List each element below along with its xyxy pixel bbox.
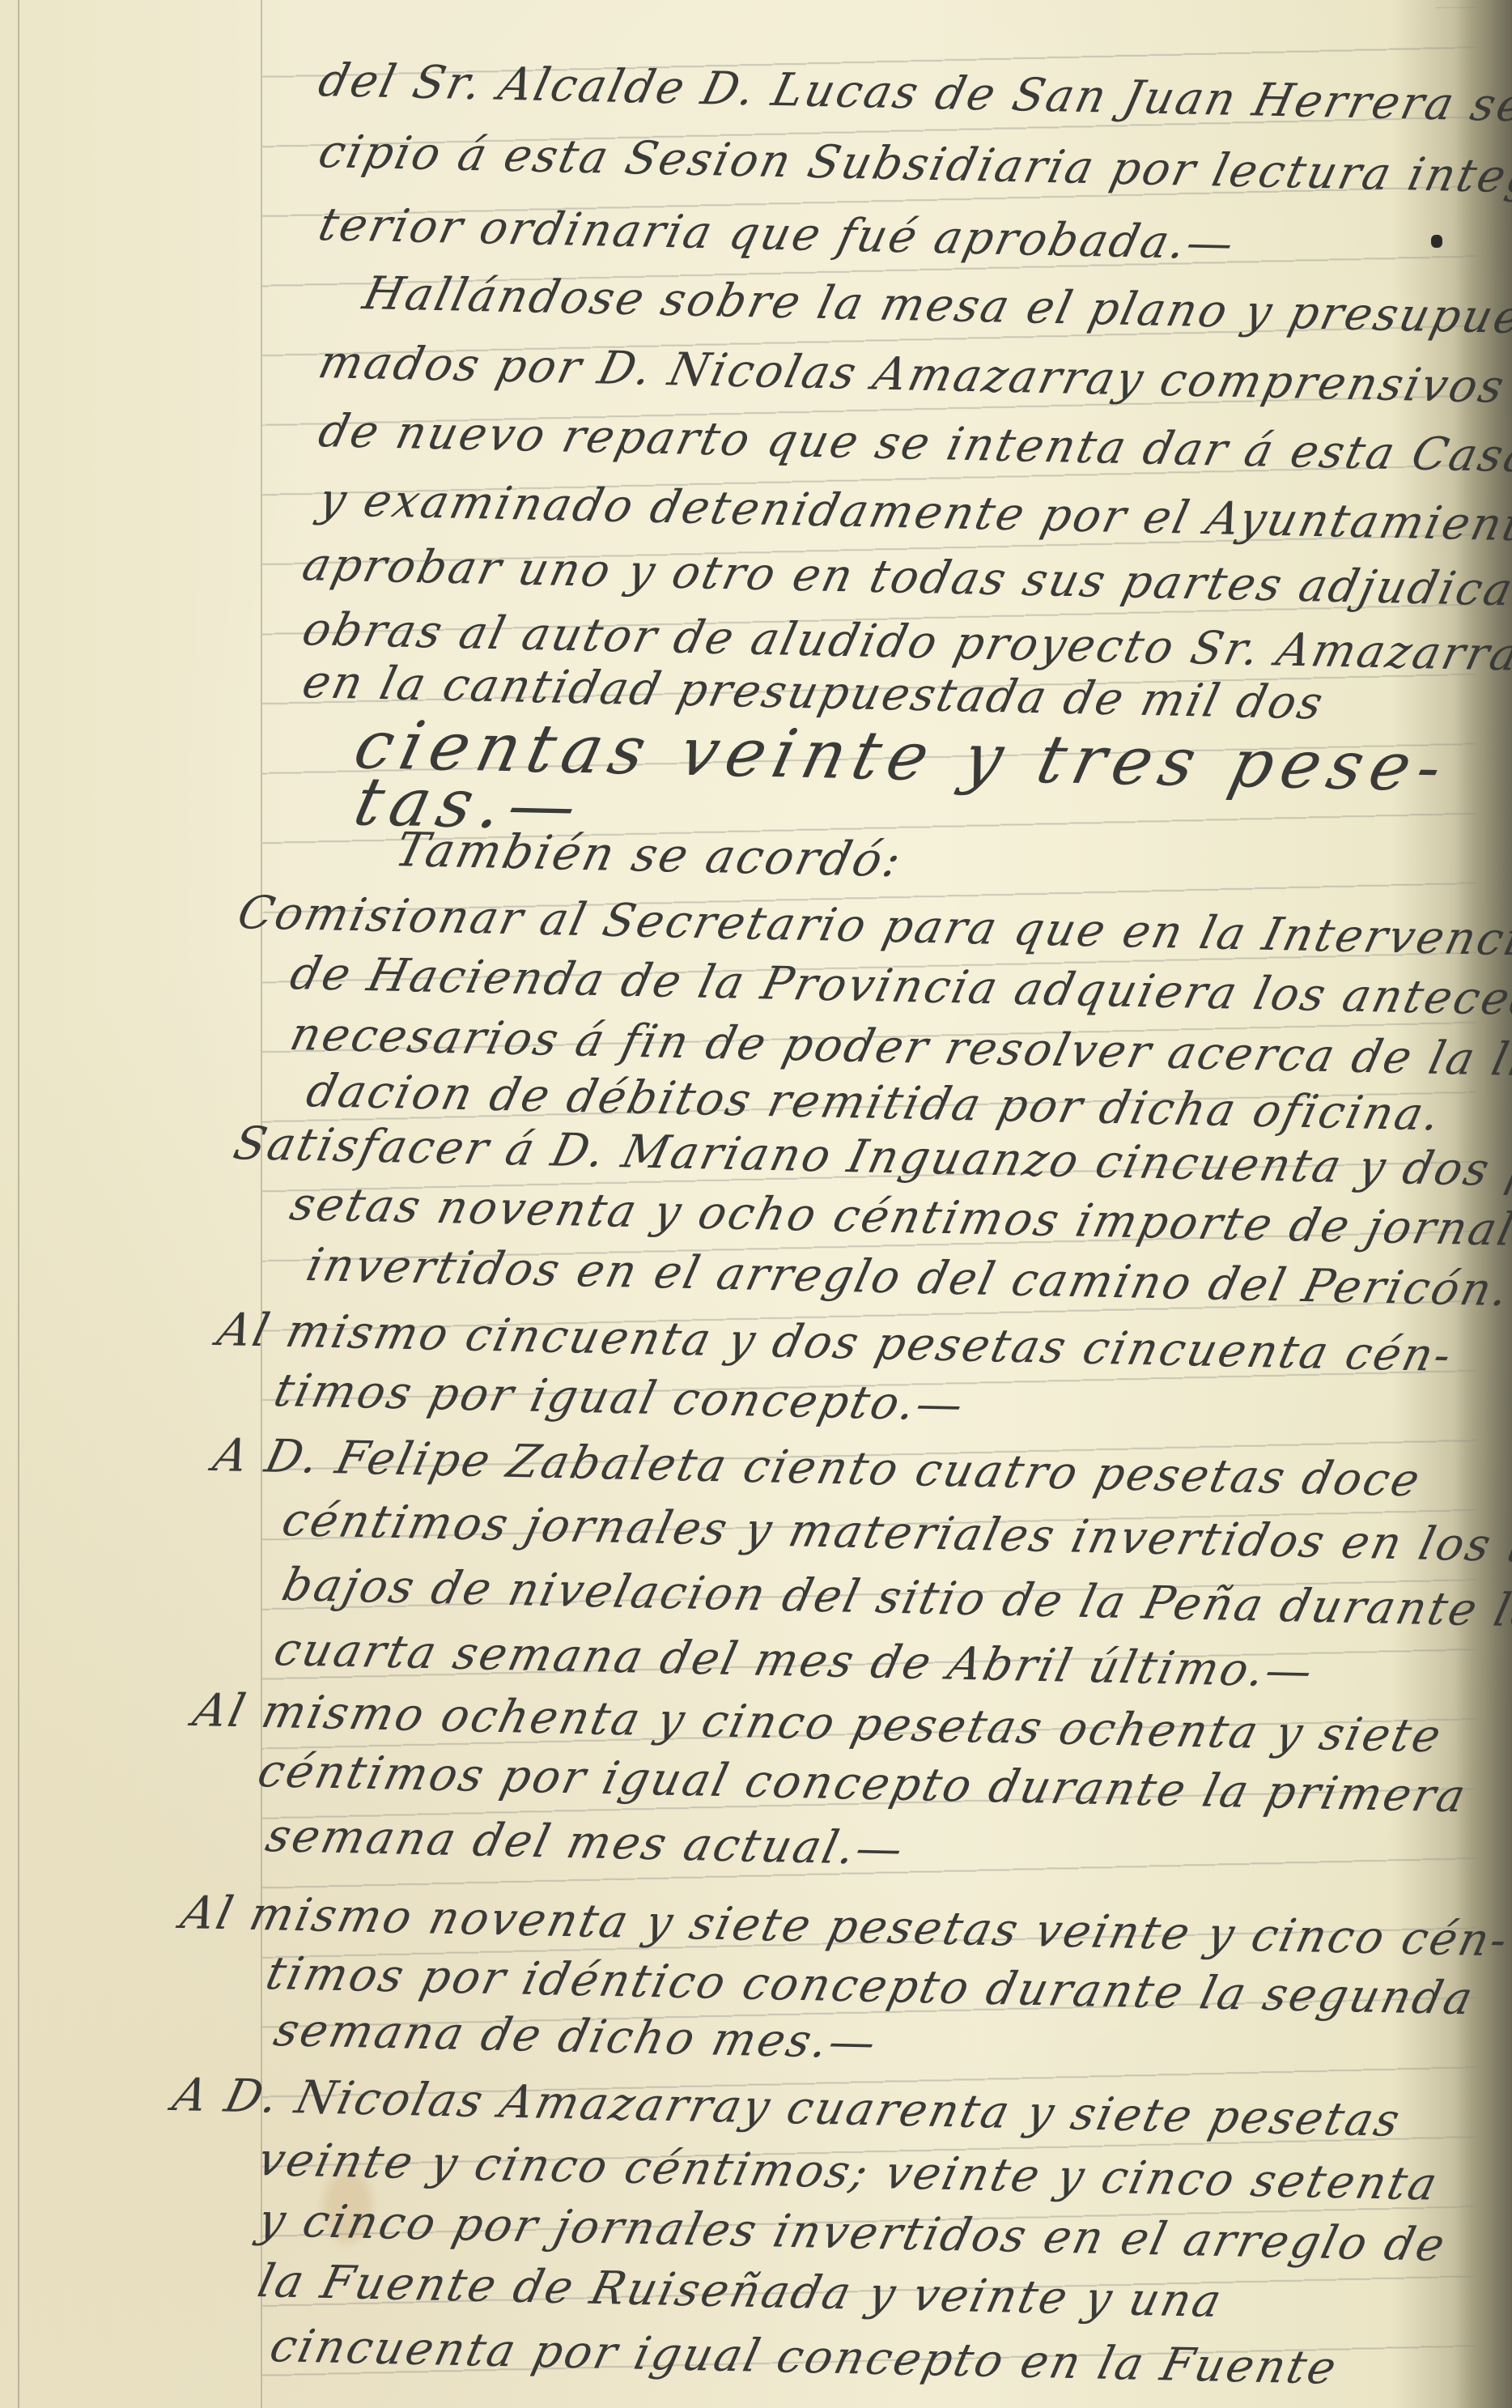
resolution-4-line-4: cuarta semana del mes de Abril último.—: [270, 1627, 1319, 1695]
resolution-7-line-1: A D. Nicolas Amazarray cuarenta y siete …: [168, 2073, 1405, 2144]
plano-line-1: Hallándose sobre la mesa el plano y pres…: [359, 271, 1512, 345]
intro-line-3: terior ordinaria que fué aprobada.—: [314, 202, 1240, 267]
resolution-2-line-3: invertidos en el arreglo del camino del …: [302, 1243, 1512, 1313]
resolution-4-line-3: bajos de nivelacion del sitio de la Peña…: [278, 1563, 1512, 1635]
resolution-6-line-3: semana de dicho mes.—: [270, 2008, 881, 2066]
resolution-4-line-1: A D. Felipe Zabaleta ciento cuatro peset…: [209, 1433, 1425, 1504]
intro-line-2: cipio á esta Sesion Subsidiaria por lect…: [314, 130, 1512, 208]
resolution-5-line-3: semana del mes actual.—: [261, 1814, 909, 1873]
resolution-7-line-5: cincuenta por igual concepto en la Fuent…: [265, 2324, 1342, 2392]
resolution-7-line-4: la Fuente de Ruiseñada y veinte y una: [253, 2259, 1227, 2325]
resolution-3-line-2: timos por igual concepto.—: [270, 1368, 969, 1428]
plano-line-5: aprobar uno y otro en todas sus partes a…: [298, 542, 1512, 617]
manuscript-page: del Sr. Alcalde D. Lucas de San Juan Her…: [0, 0, 1512, 2408]
intro-line-1: del Sr. Alcalde D. Lucas de San Juan Her…: [314, 58, 1512, 134]
plano-line-3: de nuevo reparto que se intenta dar á es…: [314, 409, 1512, 487]
plano-line-2: mados por D. Nicolas Amazarray comprensi…: [314, 340, 1512, 417]
heading-tambien-se-acordo: También se acordó:: [391, 826, 907, 883]
handwritten-text: del Sr. Alcalde D. Lucas de San Juan Her…: [0, 0, 1512, 2408]
resolution-4-line-2: céntimos jornales y materiales invertido…: [278, 1498, 1512, 1571]
